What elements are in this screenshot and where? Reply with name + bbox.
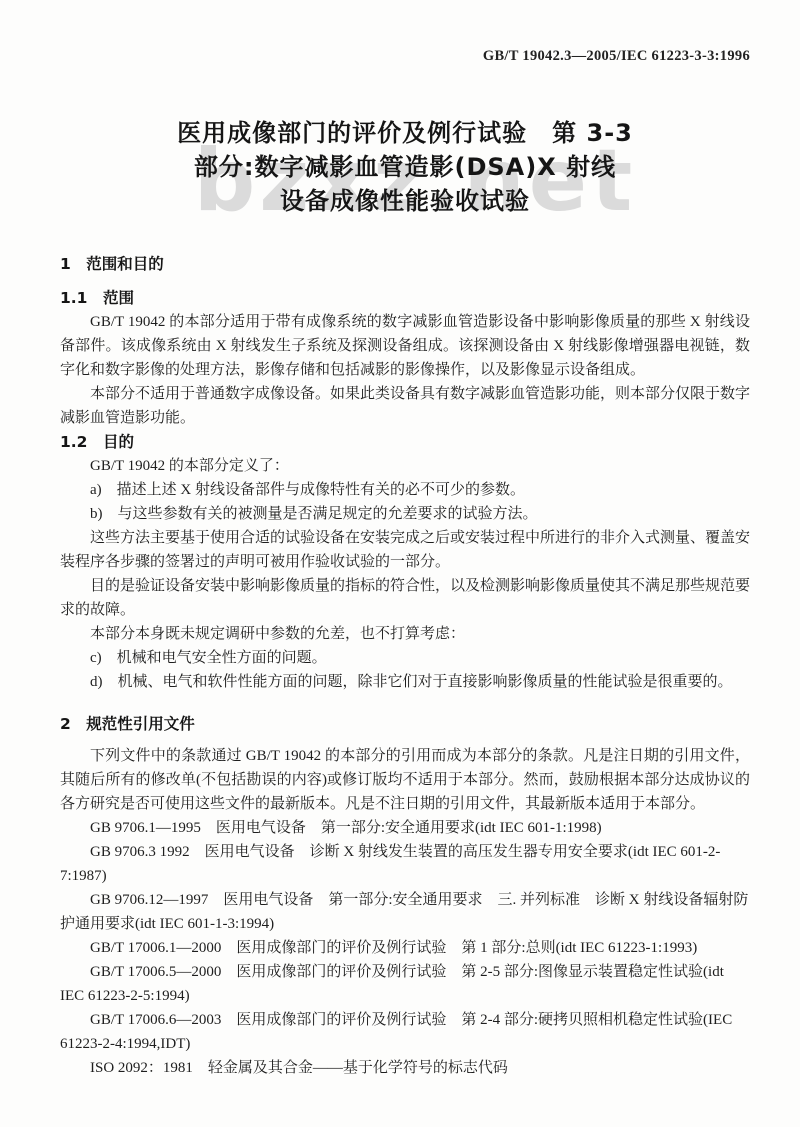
reference-item: GB/T 17006.6—2003 医用成像部门的评价及例行试验 第 2-4 部… — [60, 1008, 750, 1056]
section-1-heading: 1 范围和目的 — [60, 252, 750, 276]
document-number-header: GB/T 19042.3—2005/IEC 61223-3-3:1996 — [60, 0, 750, 68]
paragraph-scope-1: GB/T 19042 的本部分适用于带有成像系统的数字减影血管造影设备中影响影像… — [60, 310, 750, 382]
paragraph-purpose-methods: 这些方法主要基于使用合适的试验设备在安装完成之后或安装过程中所进行的非介入式测量… — [60, 526, 750, 574]
document-title-line-2: 部分:数字减影血管造影(DSA)X 射线 — [60, 150, 750, 184]
paragraph-purpose-exclusions: 本部分本身既未规定调研中参数的允差，也不打算考虑： — [60, 622, 750, 646]
reference-item: GB/T 17006.1—2000 医用成像部门的评价及例行试验 第 1 部分:… — [60, 936, 750, 960]
paragraph-purpose-intro: GB/T 19042 的本部分定义了： — [60, 454, 750, 478]
document-title-line-1: 医用成像部门的评价及例行试验 第 3-3 — [60, 116, 750, 150]
reference-item: GB/T 17006.5—2000 医用成像部门的评价及例行试验 第 2-5 部… — [60, 960, 750, 1008]
paragraph-purpose-goal: 目的是验证设备安装中影响影像质量的指标的符合性，以及检测影响影像质量使其不满足那… — [60, 574, 750, 622]
normative-reference-list: GB 9706.1—1995 医用电气设备 第一部分:安全通用要求(idt IE… — [60, 816, 750, 1080]
title-block: bzxz.net 医用成像部门的评价及例行试验 第 3-3 部分:数字减影血管造… — [60, 116, 750, 218]
page-content: GB/T 19042.3—2005/IEC 61223-3-3:1996 bzx… — [0, 0, 800, 1080]
document-title-line-3: 设备成像性能验收试验 — [60, 184, 750, 218]
paragraph-normative-intro: 下列文件中的条款通过 GB/T 19042 的本部分的引用而成为本部分的条款。凡… — [60, 744, 750, 816]
reference-item: GB 9706.12—1997 医用电气设备 第一部分:安全通用要求 三. 并列… — [60, 888, 750, 936]
paragraph-scope-2: 本部分不适用于普通数字成像设备。如果此类设备具有数字减影血管造影功能，则本部分仅… — [60, 382, 750, 430]
reference-item: ISO 2092：1981 轻金属及其合金——基于化学符号的标志代码 — [60, 1056, 750, 1080]
list-item-d: d) 机械、电气和软件性能方面的问题，除非它们对于直接影响影像质量的性能试验是很… — [60, 670, 750, 694]
reference-item: GB 9706.3 1992 医用电气设备 诊断 X 射线发生装置的高压发生器专… — [60, 840, 750, 888]
section-1: 1 范围和目的 1.1 范围 GB/T 19042 的本部分适用于带有成像系统的… — [60, 252, 750, 694]
section-1-1-heading: 1.1 范围 — [60, 286, 750, 310]
list-item-c: c) 机械和电气安全性方面的问题。 — [60, 646, 750, 670]
list-item-a: a) 描述上述 X 射线设备部件与成像特性有关的必不可少的参数。 — [60, 478, 750, 502]
scanned-document-page: GB/T 19042.3—2005/IEC 61223-3-3:1996 bzx… — [0, 0, 800, 1127]
list-item-b: b) 与这些参数有关的被测量是否满足规定的允差要求的试验方法。 — [60, 502, 750, 526]
section-2: 2 规范性引用文件 下列文件中的条款通过 GB/T 19042 的本部分的引用而… — [60, 712, 750, 1080]
reference-item: GB 9706.1—1995 医用电气设备 第一部分:安全通用要求(idt IE… — [60, 816, 750, 840]
section-2-heading: 2 规范性引用文件 — [60, 712, 750, 736]
section-1-2-heading: 1.2 目的 — [60, 430, 750, 454]
